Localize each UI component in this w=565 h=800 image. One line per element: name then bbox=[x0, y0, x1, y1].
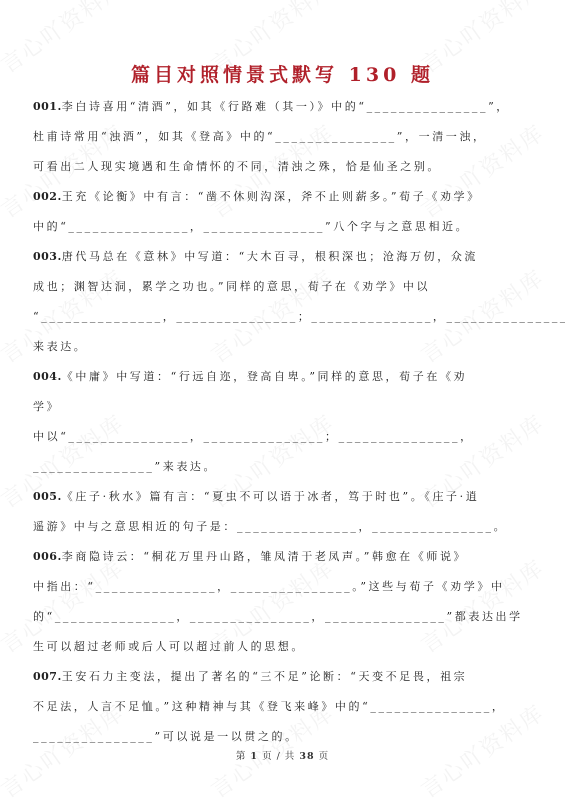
question-text: “_______________，_______________；_______… bbox=[33, 310, 565, 323]
question-line-start: 001.李白诗喜用“清酒”，如其《行路难（其一）》中的“____________… bbox=[33, 100, 533, 114]
question-text: 可看出二人现实境遇和生命情怀的不同，清浊之殊，恰是仙圣之别。 bbox=[33, 160, 441, 173]
page-footer: 第 1 页 / 共 38 页 bbox=[0, 748, 565, 762]
question-text: 不足法，人言不足恤。”这种精神与其《登飞来峰》中的“______________… bbox=[33, 700, 505, 713]
footer-middle: 页 / 共 bbox=[262, 751, 295, 762]
question-line: 中指出：“_______________，_______________。”这些… bbox=[33, 580, 533, 594]
question-text: 生可以超过老师或后人可以超过前人的思想。 bbox=[33, 640, 305, 653]
question-number: 005. bbox=[33, 490, 62, 503]
question-line: 中以“_______________，_______________；_____… bbox=[33, 430, 533, 444]
question-text: 《中庸》中写道：“行远自迩，登高自卑。”同样的意思，荀子在《劝 bbox=[62, 370, 467, 383]
question-line: “_______________，_______________；_______… bbox=[33, 310, 533, 324]
question-number: 001. bbox=[33, 100, 62, 113]
question-text: 的“_______________，_______________，______… bbox=[33, 610, 523, 623]
question-text: 学》 bbox=[33, 400, 60, 413]
question-text: 王安石力主变法，提出了著名的“三不足”论断：“天变不足畏，祖宗 bbox=[62, 670, 467, 683]
question-text: 李白诗喜用“清酒”，如其《行路难（其一）》中的“_______________”… bbox=[62, 100, 510, 113]
question-line: 遥游》中与之意思相近的句子是：_______________，_________… bbox=[33, 520, 533, 534]
question-line-start: 004.《中庸》中写道：“行远自迩，登高自卑。”同样的意思，荀子在《劝 bbox=[33, 370, 533, 384]
question-text: 遥游》中与之意思相近的句子是：_______________，_________… bbox=[33, 520, 507, 533]
question-text: 来表达。 bbox=[33, 340, 87, 353]
footer-suffix: 页 bbox=[319, 751, 330, 762]
total-pages-number: 38 bbox=[299, 751, 314, 762]
question-number: 002. bbox=[33, 190, 62, 203]
question-line: 成也；渊智达洞，累学之功也。”同样的意思，荀子在《劝学》中以 bbox=[33, 280, 533, 294]
question-text: 杜甫诗常用“浊酒”，如其《登高》中的“_______________”，一清一浊… bbox=[33, 130, 487, 143]
question-line-start: 003.唐代马总在《意林》中写道：“大木百寻，根积深也；沧海万仞，众流 bbox=[33, 250, 533, 264]
question-text: 李商隐诗云：“桐花万里丹山路，雏凤清于老凤声。”韩愈在《师说》 bbox=[62, 550, 467, 563]
question-number: 004. bbox=[33, 370, 62, 383]
question-line: _______________”来表达。 bbox=[33, 460, 533, 474]
question-line: 的“_______________，_______________，______… bbox=[33, 610, 533, 624]
question-line: 生可以超过老师或后人可以超过前人的思想。 bbox=[33, 640, 533, 654]
question-line: _______________”可以说是一以贯之的。 bbox=[33, 730, 533, 744]
question-number: 006. bbox=[33, 550, 62, 563]
question-text: 《庄子·秋水》篇有言：“夏虫不可以语于冰者，笃于时也”。《庄子·逍 bbox=[62, 490, 480, 503]
question-line: 不足法，人言不足恤。”这种精神与其《登飞来峰》中的“______________… bbox=[33, 700, 533, 714]
question-text: 中以“_______________，_______________；_____… bbox=[33, 430, 474, 443]
question-line-start: 006.李商隐诗云：“桐花万里丹山路，雏凤清于老凤声。”韩愈在《师说》 bbox=[33, 550, 533, 564]
question-text: 中指出：“_______________，_______________。”这些… bbox=[33, 580, 505, 593]
question-line: 可看出二人现实境遇和生命情怀的不同，清浊之殊，恰是仙圣之别。 bbox=[33, 160, 533, 174]
current-page-number: 1 bbox=[250, 751, 258, 762]
question-line-start: 007.王安石力主变法，提出了著名的“三不足”论断：“天变不足畏，祖宗 bbox=[33, 670, 533, 684]
question-number: 003. bbox=[33, 250, 62, 263]
question-line: 杜甫诗常用“浊酒”，如其《登高》中的“_______________”，一清一浊… bbox=[33, 130, 533, 144]
question-line: 学》 bbox=[33, 400, 533, 414]
question-text: _______________”来表达。 bbox=[33, 460, 217, 473]
question-number: 007. bbox=[33, 670, 62, 683]
question-text: 中的“_______________，_______________”八个字与之… bbox=[33, 220, 469, 233]
question-line-start: 002.王充《论衡》中有言：“凿不休则沟深，斧不止则薪多。”荀子《劝学》 bbox=[33, 190, 533, 204]
question-text: _______________”可以说是一以贯之的。 bbox=[33, 730, 299, 743]
question-text: 唐代马总在《意林》中写道：“大木百寻，根积深也；沧海万仞，众流 bbox=[62, 250, 478, 263]
document-title: 篇目对照情景式默写 130 题 bbox=[0, 60, 565, 87]
question-text: 王充《论衡》中有言：“凿不休则沟深，斧不止则薪多。”荀子《劝学》 bbox=[62, 190, 481, 203]
footer-prefix: 第 bbox=[236, 751, 247, 762]
question-line: 来表达。 bbox=[33, 340, 533, 354]
question-line: 中的“_______________，_______________”八个字与之… bbox=[33, 220, 533, 234]
question-text: 成也；渊智达洞，累学之功也。”同样的意思，荀子在《劝学》中以 bbox=[33, 280, 430, 293]
question-line-start: 005.《庄子·秋水》篇有言：“夏虫不可以语于冰者，笃于时也”。《庄子·逍 bbox=[33, 490, 533, 504]
